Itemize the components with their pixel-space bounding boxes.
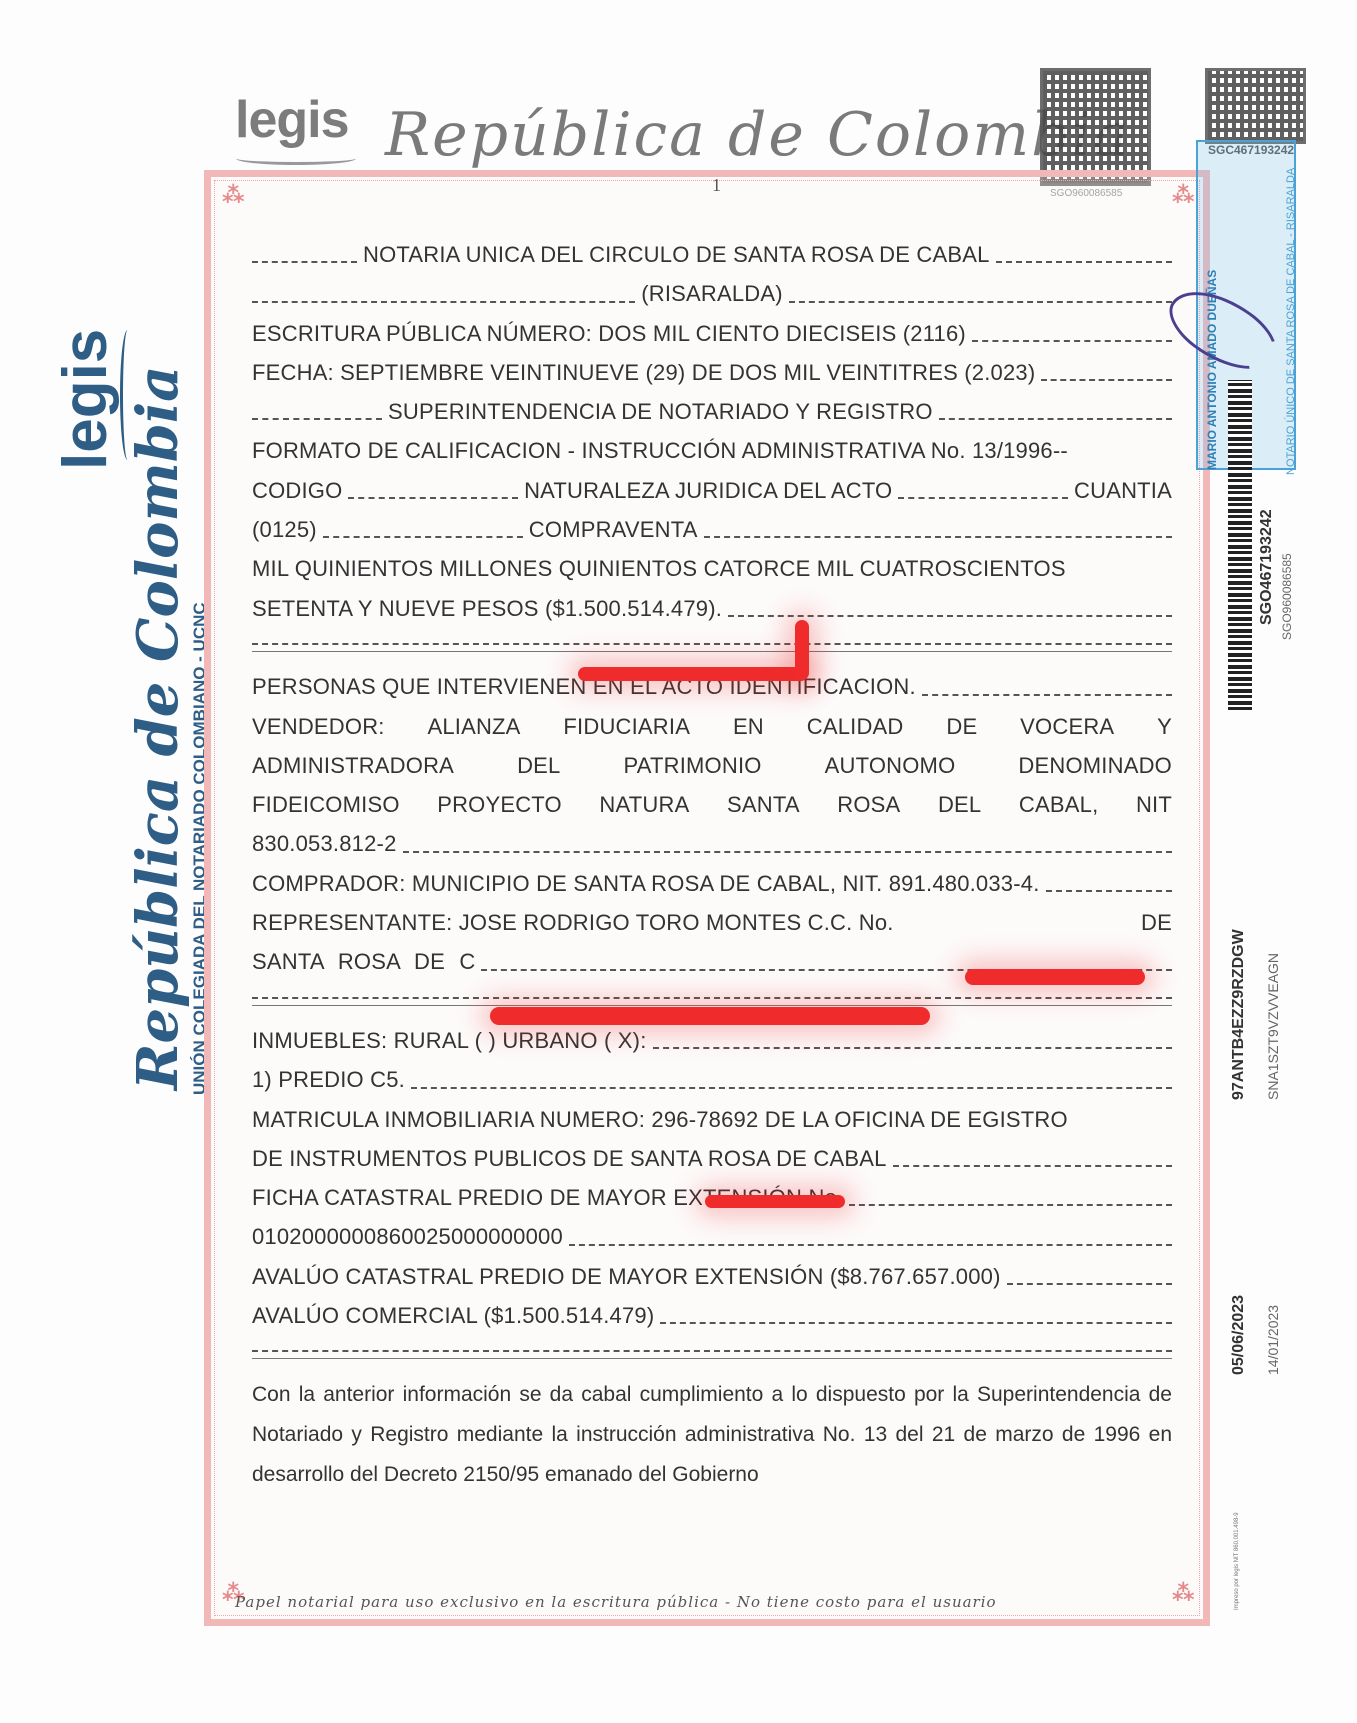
comprador-line: COMPRADOR: MUNICIPIO DE SANTA ROSA DE CA…: [252, 864, 1172, 903]
cuantia-text-1: MIL QUINIENTOS MILLONES QUINIENTOS CATOR…: [252, 549, 1172, 588]
redaction-mark: [578, 667, 808, 681]
escritura-numero: ESCRITURA PÚBLICA NÚMERO: DOS MIL CIENTO…: [252, 314, 966, 353]
instrumentos: DE INSTRUMENTOS PUBLICOS DE SANTA ROSA D…: [252, 1139, 887, 1178]
acto-line: (0125) COMPRAVENTA: [252, 510, 1172, 549]
predio: 1) PREDIO C5.: [252, 1060, 405, 1099]
codigo-label: CODIGO: [252, 471, 342, 510]
notaria-name: NOTARIA UNICA DEL CIRCULO DE SANTA ROSA …: [363, 235, 990, 274]
escritura-line: ESCRITURA PÚBLICA NÚMERO: DOS MIL CIENTO…: [252, 314, 1172, 353]
vertical-legis-logo: legis: [50, 329, 121, 470]
corner-ornament-icon: ⁂: [1172, 1580, 1195, 1606]
date-1: 05/06/2023: [1230, 1295, 1248, 1375]
avaluo-catastral: AVALÚO CATASTRAL PREDIO DE MAYOR EXTENSI…: [252, 1257, 1001, 1296]
avaluo-comercial-line: AVALÚO COMERCIAL ($1.500.514.479): [252, 1296, 1172, 1335]
security-code-2: SNA1SZT9VZVVEAGN: [1265, 953, 1281, 1100]
departamento-line: (RISARALDA): [252, 274, 1172, 313]
date-2: 14/01/2023: [1265, 1305, 1281, 1375]
word: CALIDAD: [807, 707, 904, 746]
cuantia-text-2: SETENTA Y NUEVE PESOS ($1.500.514.479).: [252, 589, 722, 628]
redaction-mark: [965, 969, 1145, 985]
barcode-icon: [1228, 380, 1252, 710]
section-separator: [252, 628, 1172, 667]
word: DENOMINADO: [1018, 746, 1172, 785]
paper-footer-note: Papel notarial para uso exclusivo en la …: [235, 1593, 997, 1611]
word: NATURA: [599, 785, 689, 824]
notaria-line: NOTARIA UNICA DEL CIRCULO DE SANTA ROSA …: [252, 235, 1172, 274]
document-body: NOTARIA UNICA DEL CIRCULO DE SANTA ROSA …: [252, 235, 1172, 1495]
section-separator: [252, 1335, 1172, 1374]
representante-city: SANTA ROSA DE C: [252, 942, 475, 981]
redaction-mark: [795, 620, 809, 680]
qr-code-icon: [1205, 68, 1306, 144]
vendedor-nit-line: 830.053.812-2: [252, 824, 1172, 863]
codigo-header-line: CODIGO NATURALEZA JURIDICA DEL ACTO CUAN…: [252, 471, 1172, 510]
fecha-line: FECHA: SEPTIEMBRE VEINTINUEVE (29) DE DO…: [252, 353, 1172, 392]
word: DEL: [517, 746, 560, 785]
barcode-code-2: SGO960086585: [1280, 553, 1294, 640]
representante: REPRESENTANTE: JOSE RODRIGO TORO MONTES …: [252, 903, 894, 942]
superintendencia-line: SUPERINTENDENCIA DE NOTARIADO Y REGISTRO: [252, 392, 1172, 431]
redaction-mark: [490, 1007, 930, 1025]
word: EN: [733, 707, 764, 746]
closing-paragraph: Con la anterior información se da cabal …: [252, 1375, 1172, 1495]
vendedor-line-1: VENDEDOR: ALIANZA FIDUCIARIA EN CALIDAD …: [252, 707, 1172, 746]
matricula-line: MATRICULA INMOBILIARIA NUMERO: 296-78692…: [252, 1100, 1172, 1139]
qr-code-icon: [1040, 68, 1151, 186]
formato-line: FORMATO DE CALIFICACION - INSTRUCCIÓN AD…: [252, 431, 1172, 470]
word: ALIANZA: [427, 707, 520, 746]
representante-end: DE: [1141, 903, 1172, 942]
word: Y: [1157, 707, 1172, 746]
cuantia-label: CUANTIA: [1074, 471, 1172, 510]
word: PATRIMONIO: [624, 746, 762, 785]
word: DEL: [938, 785, 981, 824]
ficha-numero-line: 0102000000860025000000000: [252, 1217, 1172, 1256]
inmuebles-line: INMUEBLES: RURAL ( ) URBANO ( X):: [252, 1021, 1172, 1060]
ficha-numero: 0102000000860025000000000: [252, 1217, 563, 1256]
header-title: República de Colombia: [385, 100, 1131, 170]
word: CABAL,: [1019, 785, 1098, 824]
legis-logo: legis: [235, 90, 349, 150]
inmuebles: INMUEBLES: RURAL ( ) URBANO ( X):: [252, 1021, 647, 1060]
word: ROSA: [837, 785, 900, 824]
comprador: COMPRADOR: MUNICIPIO DE SANTA ROSA DE CA…: [252, 864, 1040, 903]
redaction-mark: [705, 1195, 845, 1208]
vertical-title: República de Colombia: [125, 366, 191, 1090]
corner-ornament-icon: ⁂: [222, 182, 245, 208]
vendedor-line-3: FIDEICOMISO PROYECTO NATURA SANTA ROSA D…: [252, 785, 1172, 824]
security-code-1: 97ANTB4EZZ9RZDGW: [1230, 929, 1248, 1100]
avaluo-catastral-line: AVALÚO CATASTRAL PREDIO DE MAYOR EXTENSI…: [252, 1257, 1172, 1296]
legis-swoosh-icon: [236, 152, 356, 165]
acto: COMPRAVENTA: [529, 510, 698, 549]
notary-stamp-office: NOTARIO ÚNICO DE SANTA ROSA DE CABAL - R…: [1285, 168, 1297, 475]
superintendencia: SUPERINTENDENCIA DE NOTARIADO Y REGISTRO: [388, 392, 933, 431]
printer-mark: Impreso por legis NIT 860.001.498-9: [1234, 1512, 1240, 1610]
representante-line: REPRESENTANTE: JOSE RODRIGO TORO MONTES …: [252, 903, 1172, 942]
word: AUTONOMO: [825, 746, 956, 785]
page-number: 1: [712, 175, 721, 196]
word: FIDEICOMISO: [252, 785, 400, 824]
barcode-code: SGO467193242: [1258, 509, 1276, 625]
avaluo-comercial: AVALÚO COMERCIAL ($1.500.514.479): [252, 1296, 654, 1335]
word: PROYECTO: [437, 785, 562, 824]
fecha: FECHA: SEPTIEMBRE VEINTINUEVE (29) DE DO…: [252, 353, 1035, 392]
word: ADMINISTRADORA: [252, 746, 454, 785]
corner-ornament-icon: ⁂: [1172, 182, 1195, 208]
vertical-title-text: República de Colombia: [125, 366, 191, 1090]
departamento: (RISARALDA): [641, 274, 783, 313]
naturaleza-label: NATURALEZA JURIDICA DEL ACTO: [524, 471, 892, 510]
word: VENDEDOR:: [252, 707, 385, 746]
vendedor-nit: 830.053.812-2: [252, 824, 397, 863]
vendedor-line-2: ADMINISTRADORA DEL PATRIMONIO AUTONOMO D…: [252, 746, 1172, 785]
word: DE: [946, 707, 977, 746]
predio-line: 1) PREDIO C5.: [252, 1060, 1172, 1099]
codigo-value: (0125): [252, 510, 317, 549]
instrumentos-line: DE INSTRUMENTOS PUBLICOS DE SANTA ROSA D…: [252, 1139, 1172, 1178]
word: FIDUCIARIA: [563, 707, 690, 746]
word: NIT: [1136, 785, 1172, 824]
cuantia-text-2-line: SETENTA Y NUEVE PESOS ($1.500.514.479).: [252, 589, 1172, 628]
word: VOCERA: [1020, 707, 1114, 746]
word: SANTA: [727, 785, 800, 824]
